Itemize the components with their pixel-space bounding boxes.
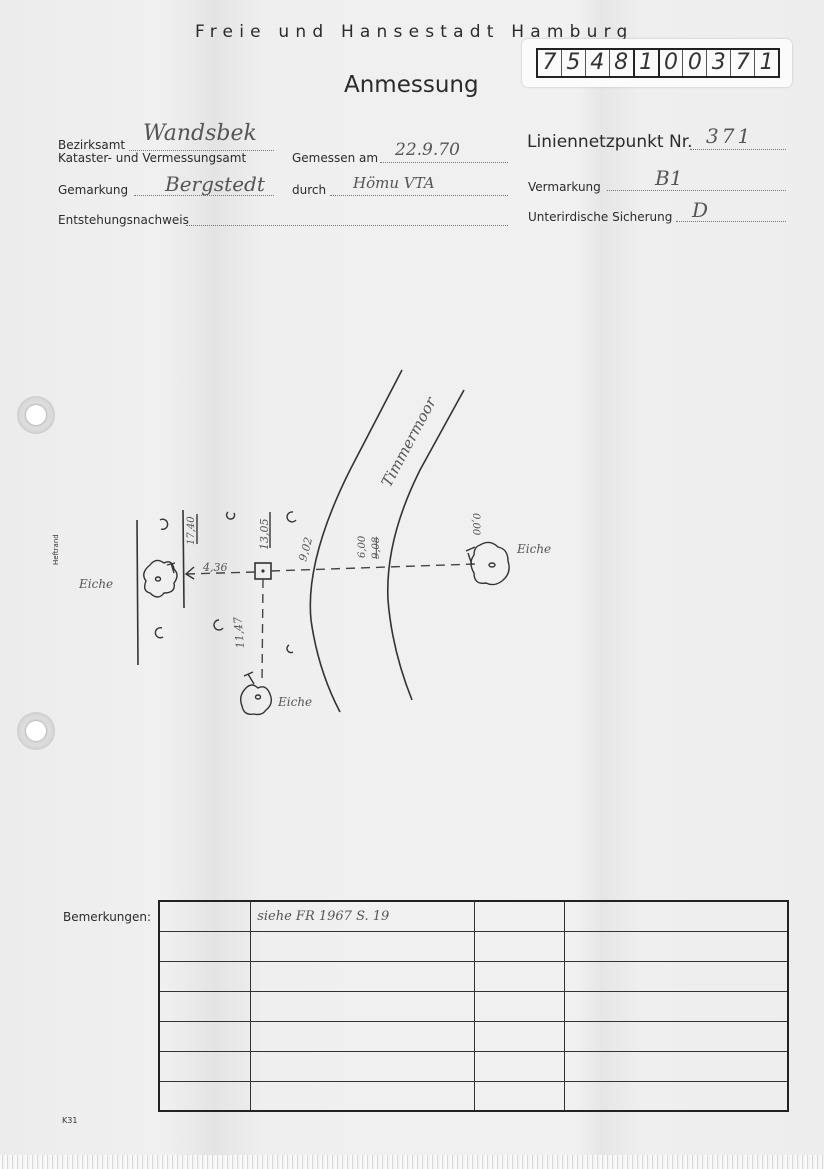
measure-to-south-tree: 11,47	[231, 616, 247, 649]
remarks-cell[interactable]	[474, 901, 565, 931]
remarks-cell[interactable]	[565, 991, 788, 1021]
remarks-cell[interactable]	[159, 1021, 251, 1051]
remarks-cell[interactable]	[565, 1051, 788, 1081]
remarks-row	[159, 991, 788, 1021]
remarks-cell[interactable]	[251, 1051, 474, 1081]
measure-to-road-edge: 9,02	[296, 536, 315, 563]
remarks-row	[159, 1021, 788, 1051]
remarks-cell[interactable]	[565, 961, 788, 991]
tree-label-east: Eiche	[516, 542, 551, 556]
remarks-cell[interactable]	[474, 961, 565, 991]
remarks-cell[interactable]	[474, 1081, 565, 1111]
measure-east-tree: 0,00	[470, 513, 481, 536]
remarks-row: siehe FR 1967 S. 19	[159, 901, 788, 931]
remarks-cell[interactable]	[474, 1051, 565, 1081]
remarks-cell[interactable]	[565, 1081, 788, 1111]
remarks-cell[interactable]	[251, 1081, 474, 1111]
tree-label-west: Eiche	[78, 577, 113, 591]
remarks-cell[interactable]	[251, 1021, 474, 1051]
measure-line-east	[271, 564, 475, 571]
remarks-cell[interactable]	[159, 991, 251, 1021]
measure-point-offset: 13,05	[258, 519, 271, 551]
remarks-cell[interactable]	[474, 991, 565, 1021]
boundary-west-inner	[183, 510, 184, 608]
measure-road-width-struck: 9,08	[371, 537, 382, 559]
measure-west-offset: 17,40	[186, 516, 197, 545]
remarks-cell[interactable]	[159, 1051, 251, 1081]
remarks-table: siehe FR 1967 S. 19	[158, 900, 789, 1112]
remarks-cell[interactable]: siehe FR 1967 S. 19	[251, 901, 474, 931]
tree-south	[241, 685, 272, 715]
form-code: K31	[62, 1116, 77, 1125]
remarks-cell[interactable]	[159, 901, 251, 931]
measure-to-west-tree: 4,36	[202, 561, 228, 574]
remarks-cell[interactable]	[251, 961, 474, 991]
remarks-cell[interactable]	[251, 931, 474, 961]
street-name: Timmermoor	[378, 394, 441, 490]
measure-road-width: 6,00	[357, 535, 368, 558]
tree-label-south: Eiche	[277, 695, 312, 709]
remarks-cell[interactable]	[565, 901, 788, 931]
remarks-cell[interactable]	[565, 1021, 788, 1051]
remarks-row	[159, 931, 788, 961]
boundary-west-outer	[137, 520, 138, 665]
remarks-cell[interactable]	[474, 931, 565, 961]
remarks-cell[interactable]	[159, 1081, 251, 1111]
survey-sketch: Timmermoor Eiche Eiche Eiche 4,36 17,40 …	[0, 0, 824, 900]
remarks-cell[interactable]	[565, 931, 788, 961]
remarks-label: Bemerkungen:	[63, 910, 151, 924]
remarks-row	[159, 1081, 788, 1111]
remarks-cell[interactable]	[159, 931, 251, 961]
road-edge-east	[388, 390, 464, 700]
remarks-row	[159, 961, 788, 991]
measure-line-south	[262, 579, 263, 683]
remarks-cell[interactable]	[251, 991, 474, 1021]
remarks-cell[interactable]	[474, 1021, 565, 1051]
remarks-cell[interactable]	[159, 961, 251, 991]
scan-edge	[0, 1155, 824, 1169]
remarks-row	[159, 1051, 788, 1081]
